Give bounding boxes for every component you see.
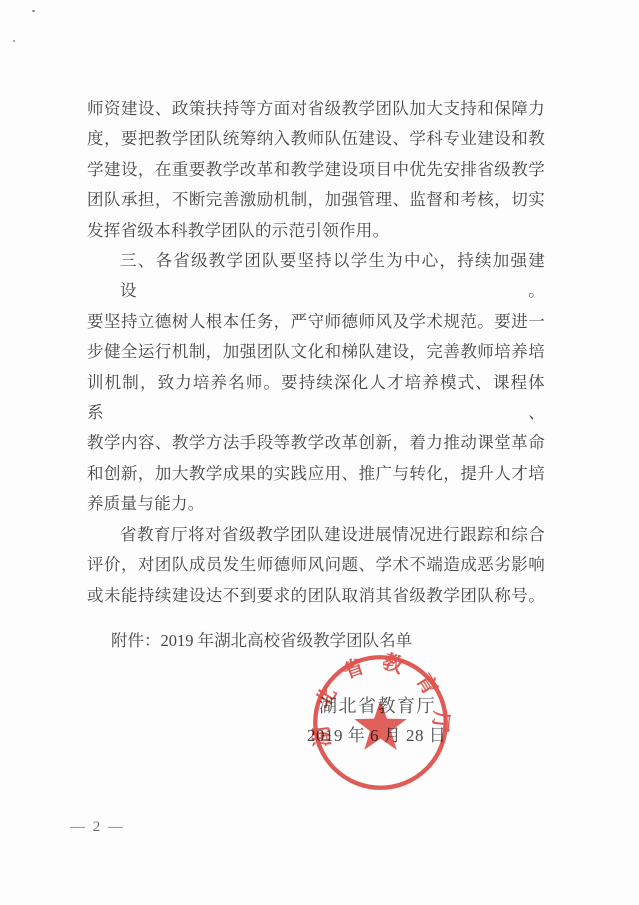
body-line: 团队承担，不断完善激励机制，加强管理、监督和考核，切实 — [87, 185, 545, 215]
body-line: 师资建设、政策扶持等方面对省级教学团队加大支持和保障力 — [87, 94, 545, 124]
official-seal: 湖北省教育厅 — [308, 650, 453, 795]
body-line: 评价，对团队成员发生师德师风问题、学术不端造成恶劣影响 — [87, 550, 545, 580]
scan-speck — [32, 10, 35, 12]
body-line: 养质量与能力。 — [87, 489, 545, 519]
body-line: 度，要把教学团队统筹纳入教师队伍建设、学科专业建设和教 — [87, 124, 545, 154]
seal-star-icon — [354, 700, 406, 750]
body-line: 或未能持续建设达不到要求的团队取消其省级教学团队称号。 — [87, 581, 545, 611]
body-line: 教学内容、教学方法手段等教学改革创新，着力推动课堂革命 — [87, 428, 545, 458]
paragraph: 省教育厅将对省级教学团队建设进展情况进行跟踪和综合 评价，对团队成员发生师德师风… — [87, 520, 545, 611]
scan-speck — [13, 40, 15, 42]
document-page: 师资建设、政策扶持等方面对省级教学团队加大支持和保障力 度，要把教学团队统筹纳入… — [0, 0, 639, 905]
body-line: 训机制，致力培养名师。要持续深化人才培养模式、课程体系、 — [87, 368, 545, 429]
body-line: 三、各省级教学团队要坚持以学生为中心，持续加强建设。 — [87, 246, 545, 307]
body-line: 步健全运行机制，加强团队文化和梯队建设，完善教师培养培 — [87, 337, 545, 367]
paragraph: 三、各省级教学团队要坚持以学生为中心，持续加强建设。 要坚持立德树人根本任务，严… — [87, 246, 545, 520]
document-body: 师资建设、政策扶持等方面对省级教学团队加大支持和保障力 度，要把教学团队统筹纳入… — [87, 94, 545, 656]
body-line: 要坚持立德树人根本任务，严守师德师风及学术规范。要进一 — [87, 307, 545, 337]
body-line: 学建设，在重要教学改革和教学建设项目中优先安排省级教学 — [87, 155, 545, 185]
paragraph: 师资建设、政策扶持等方面对省级教学团队加大支持和保障力 度，要把教学团队统筹纳入… — [87, 94, 545, 246]
page-number: — 2 — — [70, 819, 125, 836]
body-line: 和创新，加大教学成果的实践应用、推广与转化，提升人才培 — [87, 459, 545, 489]
body-line: 发挥省级本科教学团队的示范引领作用。 — [87, 216, 545, 246]
body-line: 省教育厅将对省级教学团队建设进展情况进行跟踪和综合 — [87, 520, 545, 550]
